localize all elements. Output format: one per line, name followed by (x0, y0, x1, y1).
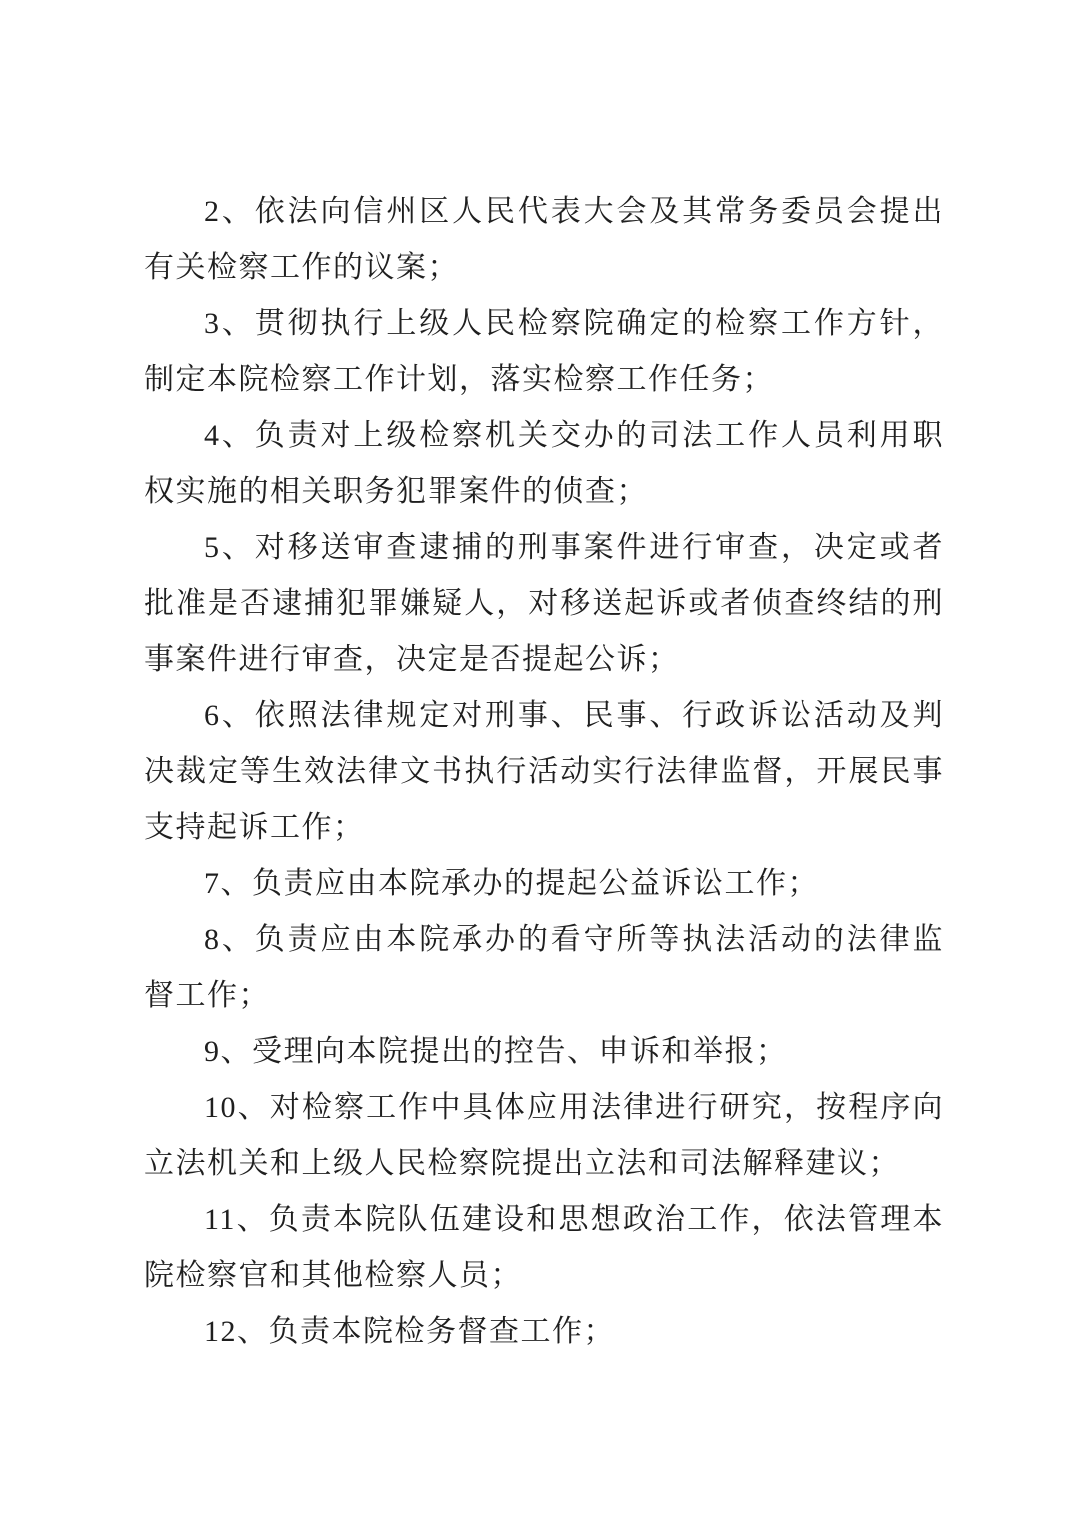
list-item-12: 12、负责本院检务督查工作； (144, 1304, 944, 1360)
list-item-6: 6、依照法律规定对刑事、民事、行政诉讼活动及判决裁定等生效法律文书执行活动实行法… (144, 688, 944, 856)
list-item-5: 5、对移送审查逮捕的刑事案件进行审查，决定或者批准是否逮捕犯罪嫌疑人，对移送起诉… (144, 520, 944, 688)
list-item-9: 9、受理向本院提出的控告、申诉和举报； (144, 1024, 944, 1080)
list-item-3: 3、贯彻执行上级人民检察院确定的检察工作方针，制定本院检察工作计划，落实检察工作… (144, 296, 944, 408)
document-text-block: 2、依法向信州区人民代表大会及其常务委员会提出有关检察工作的议案； 3、贯彻执行… (144, 184, 944, 1360)
list-item-10: 10、对检察工作中具体应用法律进行研究，按程序向立法机关和上级人民检察院提出立法… (144, 1080, 944, 1192)
list-item-2: 2、依法向信州区人民代表大会及其常务委员会提出有关检察工作的议案； (144, 184, 944, 296)
list-item-11: 11、负责本院队伍建设和思想政治工作，依法管理本院检察官和其他检察人员； (144, 1192, 944, 1304)
list-item-7: 7、负责应由本院承办的提起公益诉讼工作； (144, 856, 944, 912)
list-item-4: 4、负责对上级检察机关交办的司法工作人员利用职权实施的相关职务犯罪案件的侦查； (144, 408, 944, 520)
document-page: 2、依法向信州区人民代表大会及其常务委员会提出有关检察工作的议案； 3、贯彻执行… (0, 0, 1074, 1520)
list-item-8: 8、负责应由本院承办的看守所等执法活动的法律监督工作； (144, 912, 944, 1024)
